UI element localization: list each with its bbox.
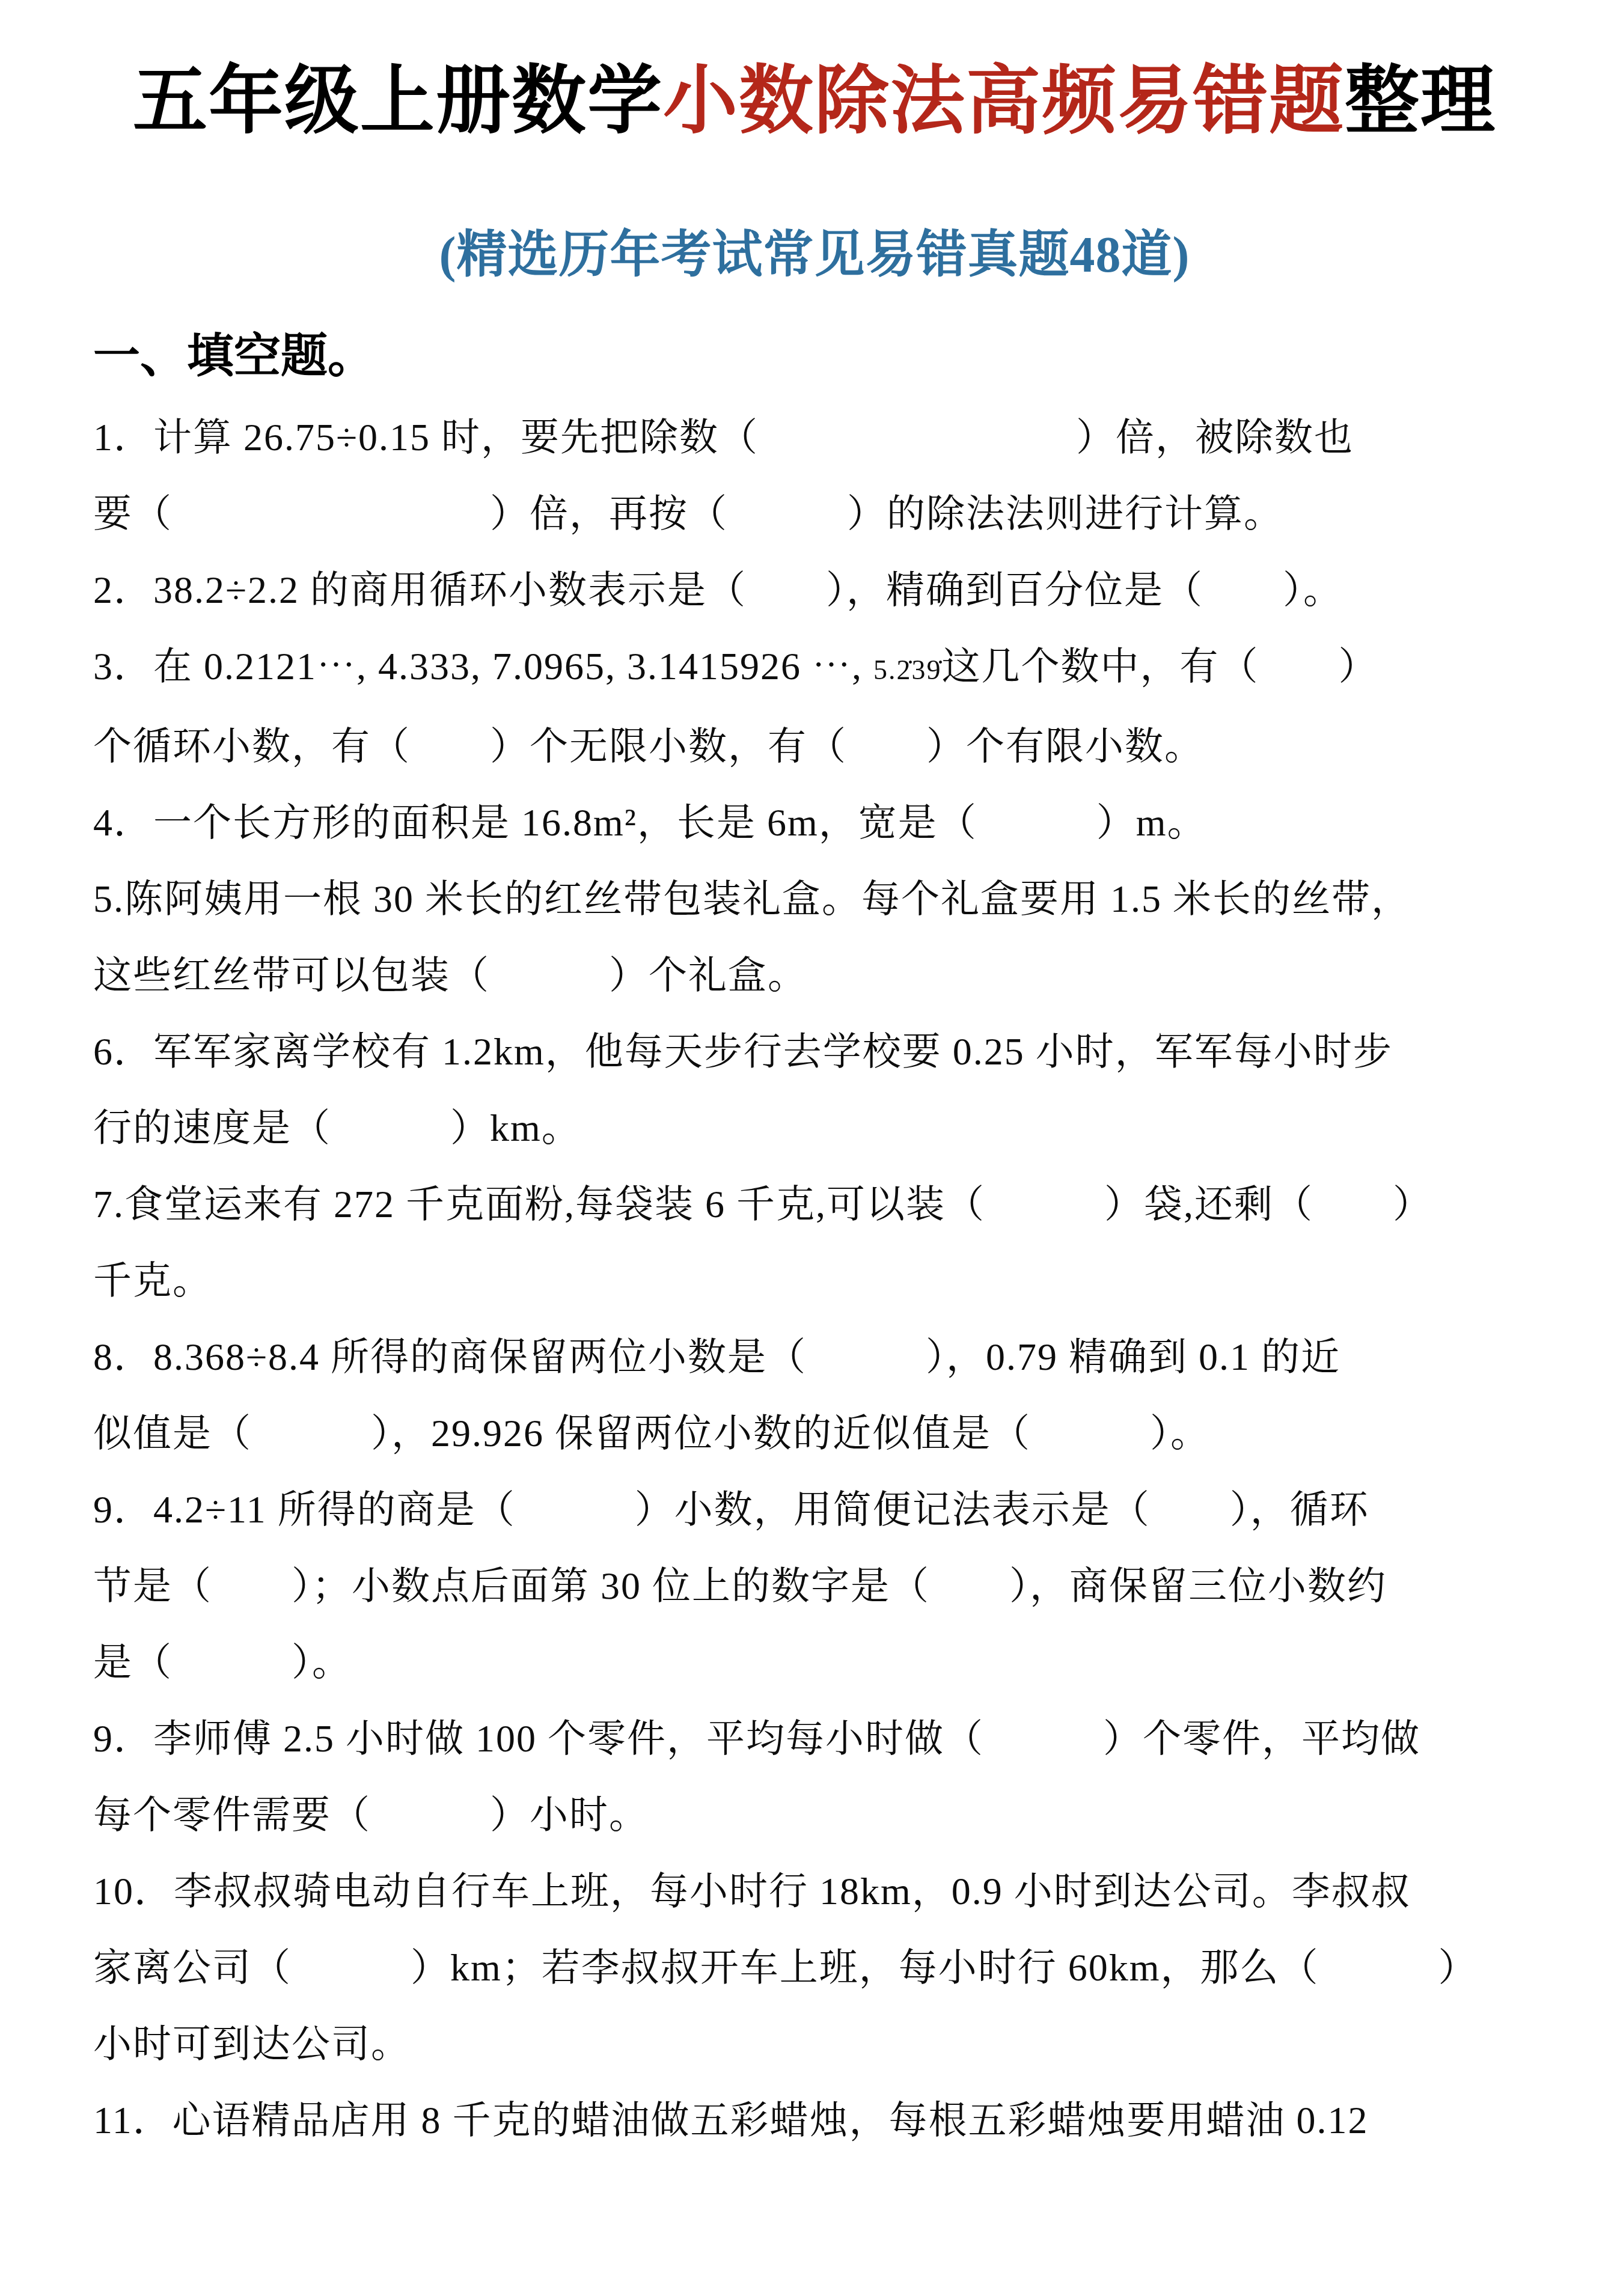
worksheet-line: 5.陈阿姨用一根 30 米长的红丝带包装礼盒。每个礼盒要用 1.5 米长的丝带， <box>93 861 1536 937</box>
worksheet-line: 个循环小数，有（ ）个无限小数，有（ ）个有限小数。 <box>93 708 1536 784</box>
worksheet-page: 五年级上册数学小数除法高频易错题整理 (精选历年考试常见易错真题48道) 一、填… <box>0 0 1623 2296</box>
worksheet-line: 7.食堂运来有 272 千克面粉,每袋装 6 千克,可以装（ ）袋,还剩（ ） <box>93 1166 1536 1242</box>
worksheet-line: 家离公司（ ）km；若李叔叔开车上班，每小时行 60km，那么（ ） <box>93 1929 1536 2006</box>
title-segment-red: 小数除法高频易错题 <box>663 60 1345 142</box>
worksheet-line: 每个零件需要（ ）小时。 <box>93 1777 1536 1853</box>
worksheet-line: 节是（ ）；小数点后面第 30 位上的数字是（ ），商保留三位小数约 <box>93 1548 1536 1624</box>
worksheet-line: 11．心语精品店用 8 千克的蜡油做五彩蜡烛，每根五彩蜡烛要用蜡油 0.12 <box>93 2082 1536 2158</box>
line-segment: 这几个数中，有（ ） <box>942 645 1378 688</box>
page-subtitle: (精选历年考试常见易错真题48道) <box>93 227 1536 285</box>
worksheet-line: 2．38.2÷2.2 的商用循环小数表示是（ ），精确到百分位是（ ）。 <box>93 552 1536 628</box>
worksheet-line: 是（ ）。 <box>93 1624 1536 1700</box>
worksheet-line: 9．李师傅 2.5 小时做 100 个零件，平均每小时做（ ）个零件，平均做 <box>93 1700 1536 1777</box>
worksheet-line: 8．8.368÷8.4 所得的商保留两位小数是（ ），0.79 精确到 0.1 … <box>93 1319 1536 1395</box>
line-segment: 3．在 0.2121⋯, 4.333, 7.0965, 3.1415926 ⋯, <box>93 645 873 688</box>
worksheet-line: 9．4.2÷11 所得的商是（ ）小数，用简便记法表示是（ ），循环 <box>93 1471 1536 1548</box>
worksheet-body: 1．计算 26.75÷0.15 时，要先把除数（ ）倍，被除数也要（ ）倍，再按… <box>93 399 1536 2158</box>
worksheet-line: 要（ ）倍，再按（ ）的除法法则进行计算。 <box>93 475 1536 552</box>
worksheet-line: 3．在 0.2121⋯, 4.333, 7.0965, 3.1415926 ⋯,… <box>93 628 1536 708</box>
worksheet-line: 1．计算 26.75÷0.15 时，要先把除数（ ）倍，被除数也 <box>93 399 1536 475</box>
worksheet-line: 4．一个长方形的面积是 16.8m²，长是 6m，宽是（ ）m。 <box>93 784 1536 861</box>
worksheet-line: 千克。 <box>93 1242 1536 1319</box>
worksheet-line: 小时可到达公司。 <box>93 2006 1536 2082</box>
worksheet-line: 行的速度是（ ）km。 <box>93 1090 1536 1166</box>
section-heading: 一、填空题。 <box>93 328 1536 385</box>
worksheet-line: 这些红丝带可以包装（ ）个礼盒。 <box>93 937 1536 1013</box>
repeating-decimal-number: 5.2̇39̇ <box>873 655 942 685</box>
title-segment-black-2: 整理 <box>1345 60 1496 142</box>
worksheet-line: 似值是（ ），29.926 保留两位小数的近似值是（ ）。 <box>93 1395 1536 1471</box>
page-title: 五年级上册数学小数除法高频易错题整理 <box>93 53 1536 150</box>
worksheet-line: 10．李叔叔骑电动自行车上班，每小时行 18km，0.9 小时到达公司。李叔叔 <box>93 1853 1536 1929</box>
title-segment-black-1: 五年级上册数学 <box>133 60 663 142</box>
worksheet-line: 6．军军家离学校有 1.2km，他每天步行去学校要 0.25 小时，军军每小时步 <box>93 1013 1536 1090</box>
